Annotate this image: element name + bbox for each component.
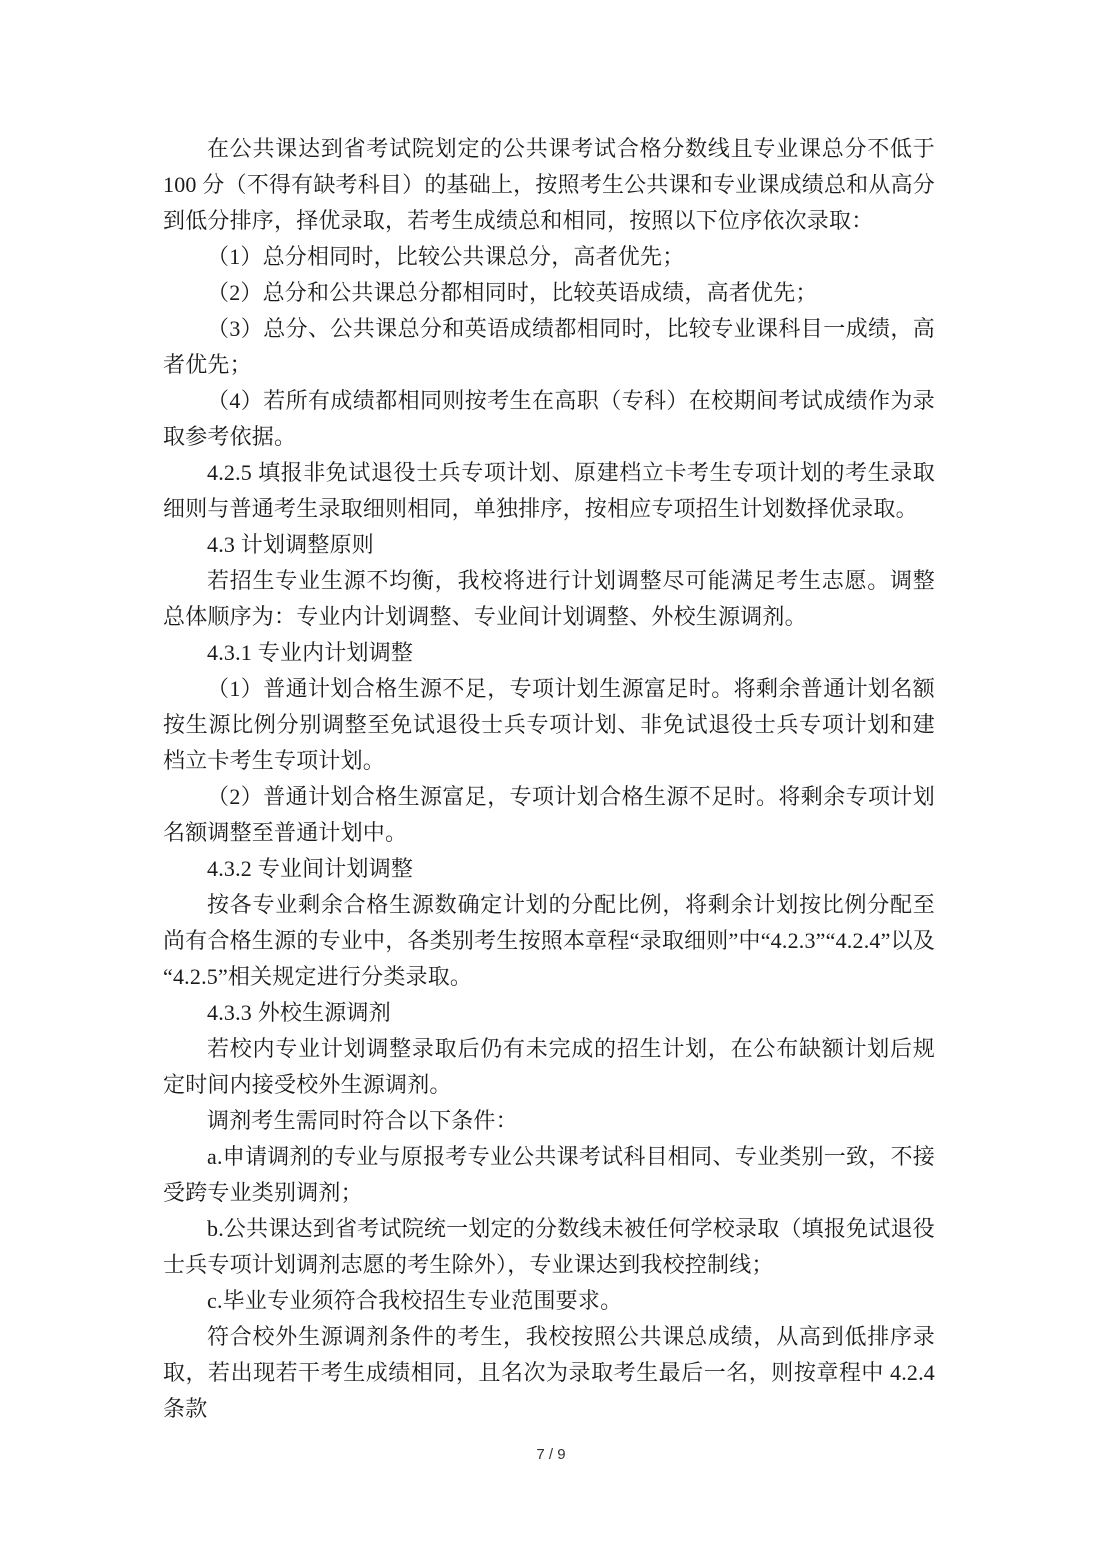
paragraph: （4）若所有成绩都相同则按考生在高职（专科）在校期间考试成绩作为录取参考依据。 xyxy=(163,383,935,455)
paragraph: （1）普通计划合格生源不足，专项计划生源富足时。将剩余普通计划名额按生源比例分别… xyxy=(163,671,935,779)
list-item-a: a.申请调剂的专业与原报考专业公共课考试科目相同、专业类别一致，不接受跨专业类别… xyxy=(163,1139,935,1211)
paragraph: 若校内专业计划调整录取后仍有未完成的招生计划，在公布缺额计划后规定时间内接受校外… xyxy=(163,1031,935,1103)
paragraph: （2）普通计划合格生源富足，专项计划合格生源不足时。将剩余专项计划名额调整至普通… xyxy=(163,779,935,851)
paragraph: （3）总分、公共课总分和英语成绩都相同时，比较专业课科目一成绩，高者优先； xyxy=(163,311,935,383)
document-page: 在公共课达到省考试院划定的公共课考试合格分数线且专业课总分不低于100 分（不得… xyxy=(0,0,1102,1559)
paragraph-section-4-2-5: 4.2.5 填报非免试退役士兵专项计划、原建档立卡考生专项计划的考生录取细则与普… xyxy=(163,455,935,527)
section-heading-4-3-3: 4.3.3 外校生源调剂 xyxy=(163,995,935,1031)
list-item-c: c.毕业专业须符合我校招生专业范围要求。 xyxy=(163,1283,935,1319)
paragraph: （2）总分和公共课总分都相同时，比较英语成绩，高者优先； xyxy=(163,275,935,311)
paragraph: 调剂考生需同时符合以下条件： xyxy=(163,1103,935,1139)
paragraph: （1）总分相同时，比较公共课总分，高者优先； xyxy=(163,239,935,275)
paragraph: 符合校外生源调剂条件的考生，我校按照公共课总成绩，从高到低排序录取，若出现若干考… xyxy=(163,1319,935,1427)
document-body: 在公共课达到省考试院划定的公共课考试合格分数线且专业课总分不低于100 分（不得… xyxy=(163,131,935,1427)
paragraph: 在公共课达到省考试院划定的公共课考试合格分数线且专业课总分不低于100 分（不得… xyxy=(163,131,935,239)
paragraph: 按各专业剩余合格生源数确定计划的分配比例，将剩余计划按比例分配至尚有合格生源的专… xyxy=(163,887,935,995)
page-number: 7 / 9 xyxy=(536,1446,565,1463)
paragraph: 若招生专业生源不均衡，我校将进行计划调整尽可能满足考生志愿。调整总体顺序为：专业… xyxy=(163,563,935,635)
section-heading-4-3-2: 4.3.2 专业间计划调整 xyxy=(163,851,935,887)
section-heading-4-3-1: 4.3.1 专业内计划调整 xyxy=(163,635,935,671)
list-item-b: b.公共课达到省考试院统一划定的分数线未被任何学校录取（填报免试退役士兵专项计划… xyxy=(163,1211,935,1283)
page-footer: 7 / 9 xyxy=(0,1445,1102,1465)
section-heading-4-3: 4.3 计划调整原则 xyxy=(163,527,935,563)
